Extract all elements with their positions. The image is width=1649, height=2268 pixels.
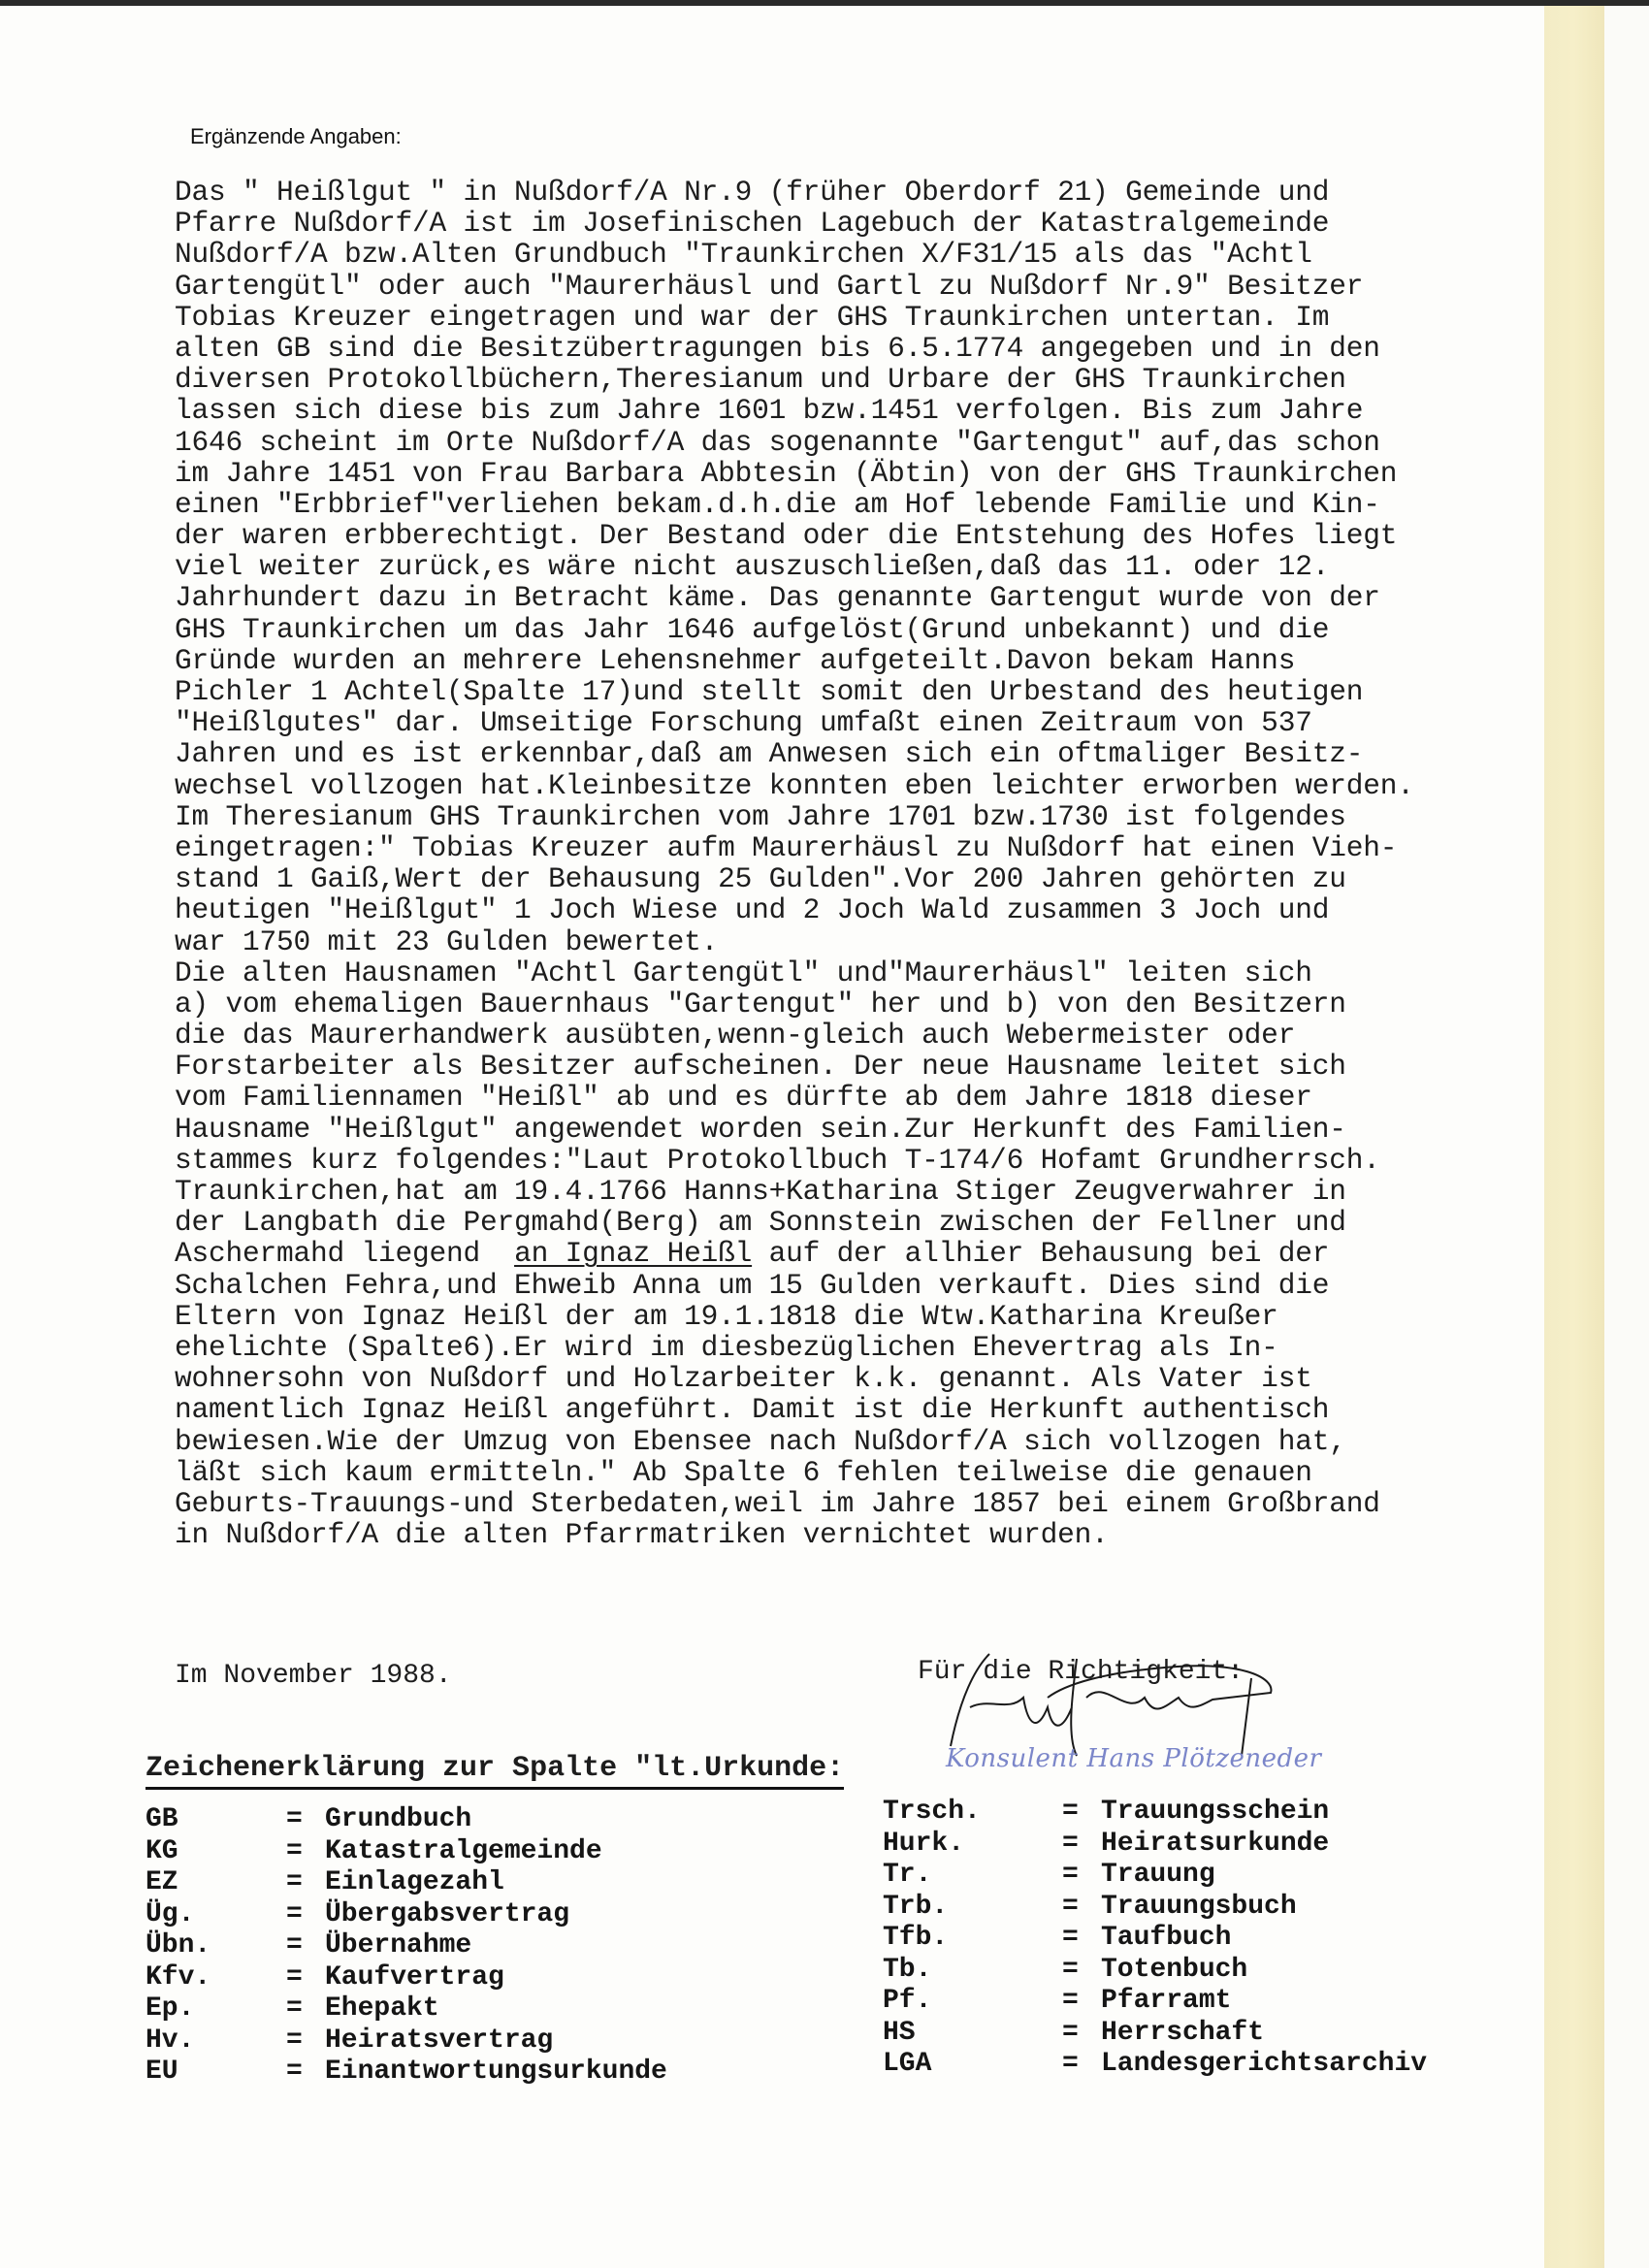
body-line: Traunkirchen,hat am 19.4.1766 Hanns+Kath…	[175, 1176, 1571, 1207]
body-line: "Heißlgutes" dar. Umseitige Forschung um…	[175, 707, 1571, 738]
legend-equals: =	[286, 1993, 325, 2025]
body-line: vom Familiennamen "Heißl" ab und es dürf…	[175, 1082, 1571, 1113]
body-line: a) vom ehemaligen Bauernhaus "Gartengut"…	[175, 988, 1571, 1020]
legend-row: Ep.=Ehepakt	[145, 1993, 667, 2025]
body-line: 1646 scheint im Orte Nußdorf/A das sogen…	[175, 427, 1571, 458]
section-heading: Ergänzende Angaben:	[190, 124, 402, 149]
body-line: stammes kurz folgendes:"Laut Protokollbu…	[175, 1145, 1571, 1176]
legend-abbreviation: Tb.	[883, 1955, 1062, 1987]
body-line: ehelichte (Spalte6).Er wird im diesbezüg…	[175, 1332, 1571, 1363]
legend-meaning: Ehepakt	[325, 1993, 439, 2025]
legend-meaning: Einantwortungsurkunde	[325, 2057, 667, 2089]
legend-equals: =	[1062, 2049, 1101, 2081]
body-line: in Nußdorf/A die alten Pfarrmatriken ver…	[175, 1519, 1571, 1550]
signature-stamp: Konsulent Hans Plötzeneder	[946, 1744, 1322, 1773]
body-line: heutigen "Heißlgut" 1 Joch Wiese und 2 J…	[175, 894, 1571, 925]
legend-equals: =	[1062, 2018, 1101, 2050]
legend-abbreviation: Üg.	[145, 1899, 286, 1931]
legend-abbreviation: Tr.	[883, 1860, 1062, 1892]
body-line: bewiesen.Wie der Umzug von Ebensee nach …	[175, 1426, 1571, 1457]
body-line: Geburts-Trauungs-und Sterbedaten,weil im…	[175, 1488, 1571, 1519]
legend-meaning: Übernahme	[325, 1930, 471, 1962]
body-line: Das " Heißlgut " in Nußdorf/A Nr.9 (früh…	[175, 177, 1571, 208]
legend-equals: =	[286, 1836, 325, 1868]
body-line: die das Maurerhandwerk ausübten,wenn-gle…	[175, 1020, 1571, 1051]
legend-row: Trb.=Trauungsbuch	[883, 1892, 1427, 1924]
legend-row: Pf.=Pfarramt	[883, 1986, 1427, 2018]
legend-abbreviation: EZ	[145, 1867, 286, 1899]
page-right-margin	[1604, 6, 1649, 2268]
legend-meaning: Herrschaft	[1101, 2018, 1264, 2050]
legend-row: Tr.=Trauung	[883, 1860, 1427, 1892]
legend-row: LGA=Landesgerichtsarchiv	[883, 2049, 1427, 2081]
body-line: eingetragen:" Tobias Kreuzer aufm Maurer…	[175, 832, 1571, 863]
body-line: Nußdorf/A bzw.Alten Grundbuch "Traunkirc…	[175, 239, 1571, 270]
legend-meaning: Grundbuch	[325, 1804, 471, 1836]
legend-equals: =	[1062, 1829, 1101, 1861]
legend-row: Tb.=Totenbuch	[883, 1955, 1427, 1987]
underlined-phrase: an Ignaz Heißl	[514, 1237, 752, 1270]
legend-equals: =	[1062, 1923, 1101, 1955]
legend-equals: =	[286, 1930, 325, 1962]
body-line: Im Theresianum GHS Traunkirchen vom Jahr…	[175, 801, 1571, 832]
body-line: läßt sich kaum ermitteln." Ab Spalte 6 f…	[175, 1457, 1571, 1488]
body-line: Die alten Hausnamen "Achtl Gartengütl" u…	[175, 957, 1571, 988]
legend-abbreviation: EU	[145, 2057, 286, 2089]
date-line: Im November 1988.	[175, 1661, 452, 1691]
body-line: wechsel vollzogen hat.Kleinbesitze konnt…	[175, 770, 1571, 801]
legend-abbreviation: Trsch.	[883, 1797, 1062, 1829]
legend-equals: =	[286, 1867, 325, 1899]
body-line: Gründe wurden an mehrere Lehensnehmer au…	[175, 645, 1571, 676]
body-line: einen "Erbbrief"verliehen bekam.d.h.die …	[175, 489, 1571, 520]
legend-row: Trsch.=Trauungsschein	[883, 1797, 1427, 1829]
body-line: Jahrhundert dazu in Betracht käme. Das g…	[175, 582, 1571, 613]
legend-equals: =	[286, 2025, 325, 2057]
legend-abbreviation: Trb.	[883, 1892, 1062, 1924]
body-line: Jahren und es ist erkennbar,daß am Anwes…	[175, 738, 1571, 769]
legend-left-column: GB=GrundbuchKG=KatastralgemeindeEZ=Einla…	[145, 1804, 667, 2089]
body-line: Forstarbeiter als Besitzer aufscheinen. …	[175, 1051, 1571, 1082]
legend-abbreviation: Hurk.	[883, 1829, 1062, 1861]
body-line: GHS Traunkirchen um das Jahr 1646 aufgel…	[175, 614, 1571, 645]
legend-abbreviation: HS	[883, 2018, 1062, 2050]
legend-row: HS=Herrschaft	[883, 2018, 1427, 2050]
legend-meaning: Trauungsschein	[1101, 1797, 1329, 1829]
body-line: Hausname "Heißlgut" angewendet worden se…	[175, 1114, 1571, 1145]
legend-meaning: Trauung	[1101, 1860, 1215, 1892]
legend-row: KG=Katastralgemeinde	[145, 1836, 667, 1868]
legend-equals: =	[286, 1804, 325, 1836]
legend-abbreviation: Ep.	[145, 1993, 286, 2025]
body-line: Schalchen Fehra,und Ehweib Anna um 15 Gu…	[175, 1270, 1571, 1301]
body-line: alten GB sind die Besitzübertragungen bi…	[175, 333, 1571, 364]
body-line: stand 1 Gaiß,Wert der Behausung 25 Gulde…	[175, 863, 1571, 894]
legend-row: Üg.=Übergabsvertrag	[145, 1899, 667, 1931]
legend-equals: =	[1062, 1892, 1101, 1924]
body-line: Eltern von Ignaz Heißl der am 19.1.1818 …	[175, 1301, 1571, 1332]
legend-meaning: Katastralgemeinde	[325, 1836, 602, 1868]
body-line: namentlich Ignaz Heißl angeführt. Damit …	[175, 1394, 1571, 1425]
body-line: Gartengütl" oder auch "Maurerhäusl und G…	[175, 271, 1571, 302]
legend-equals: =	[1062, 1797, 1101, 1829]
legend-abbreviation: Tfb.	[883, 1923, 1062, 1955]
legend-row: Hv.=Heiratsvertrag	[145, 2025, 667, 2057]
legend-abbreviation: Übn.	[145, 1930, 286, 1962]
body-line: der Langbath die Pergmahd(Berg) am Sonns…	[175, 1207, 1571, 1238]
legend-equals: =	[286, 2057, 325, 2089]
legend-row: Übn.=Übernahme	[145, 1930, 667, 1962]
body-line: der waren erbberechtigt. Der Bestand ode…	[175, 520, 1571, 551]
typewritten-body: Das " Heißlgut " in Nußdorf/A Nr.9 (früh…	[175, 177, 1571, 1550]
legend-meaning: Kaufvertrag	[325, 1962, 504, 1994]
legend-meaning: Heiratsurkunde	[1101, 1829, 1329, 1861]
legend-equals: =	[286, 1962, 325, 1994]
legend-title: Zeichenerklärung zur Spalte "lt.Urkunde:	[145, 1752, 844, 1790]
legend-row: Tfb.=Taufbuch	[883, 1923, 1427, 1955]
body-line: viel weiter zurück,es wäre nicht auszusc…	[175, 551, 1571, 582]
body-line: Pfarre Nußdorf/A ist im Josefinischen La…	[175, 208, 1571, 239]
body-line: im Jahre 1451 von Frau Barbara Abbtesin …	[175, 458, 1571, 489]
legend-row: GB=Grundbuch	[145, 1804, 667, 1836]
legend-equals: =	[1062, 1986, 1101, 2018]
scan-top-edge	[0, 0, 1649, 6]
legend-meaning: Trauungsbuch	[1101, 1892, 1297, 1924]
legend-equals: =	[1062, 1955, 1101, 1987]
legend-right-column: Trsch.=TrauungsscheinHurk.=Heiratsurkund…	[883, 1797, 1427, 2081]
legend-meaning: Totenbuch	[1101, 1955, 1247, 1987]
legend-meaning: Pfarramt	[1101, 1986, 1231, 2018]
legend-meaning: Landesgerichtsarchiv	[1101, 2049, 1427, 2081]
body-line: diversen Protokollbüchern,Theresianum un…	[175, 364, 1571, 395]
legend-row: Kfv.=Kaufvertrag	[145, 1962, 667, 1994]
legend-meaning: Taufbuch	[1101, 1923, 1231, 1955]
body-line: lassen sich diese bis zum Jahre 1601 bzw…	[175, 395, 1571, 426]
body-line: war 1750 mit 23 Gulden bewertet.	[175, 926, 1571, 957]
legend-row: EU=Einantwortungsurkunde	[145, 2057, 667, 2089]
legend-row: Hurk.=Heiratsurkunde	[883, 1829, 1427, 1861]
body-line: Pichler 1 Achtel(Spalte 17)und stellt so…	[175, 676, 1571, 707]
body-line: Tobias Kreuzer eingetragen und war der G…	[175, 302, 1571, 333]
legend-equals: =	[1062, 1860, 1101, 1892]
legend-equals: =	[286, 1899, 325, 1931]
body-line: wohnersohn von Nußdorf und Holzarbeiter …	[175, 1363, 1571, 1394]
legend-meaning: Übergabsvertrag	[325, 1899, 569, 1931]
legend-meaning: Einlagezahl	[325, 1867, 504, 1899]
legend-abbreviation: Hv.	[145, 2025, 286, 2057]
body-line: Aschermahd liegend an Ignaz Heißl auf de…	[175, 1238, 1571, 1269]
legend-abbreviation: KG	[145, 1836, 286, 1868]
legend-abbreviation: GB	[145, 1804, 286, 1836]
legend-abbreviation: LGA	[883, 2049, 1062, 2081]
legend-abbreviation: Kfv.	[145, 1962, 286, 1994]
legend-row: EZ=Einlagezahl	[145, 1867, 667, 1899]
legend-abbreviation: Pf.	[883, 1986, 1062, 2018]
legend-meaning: Heiratsvertrag	[325, 2025, 553, 2057]
